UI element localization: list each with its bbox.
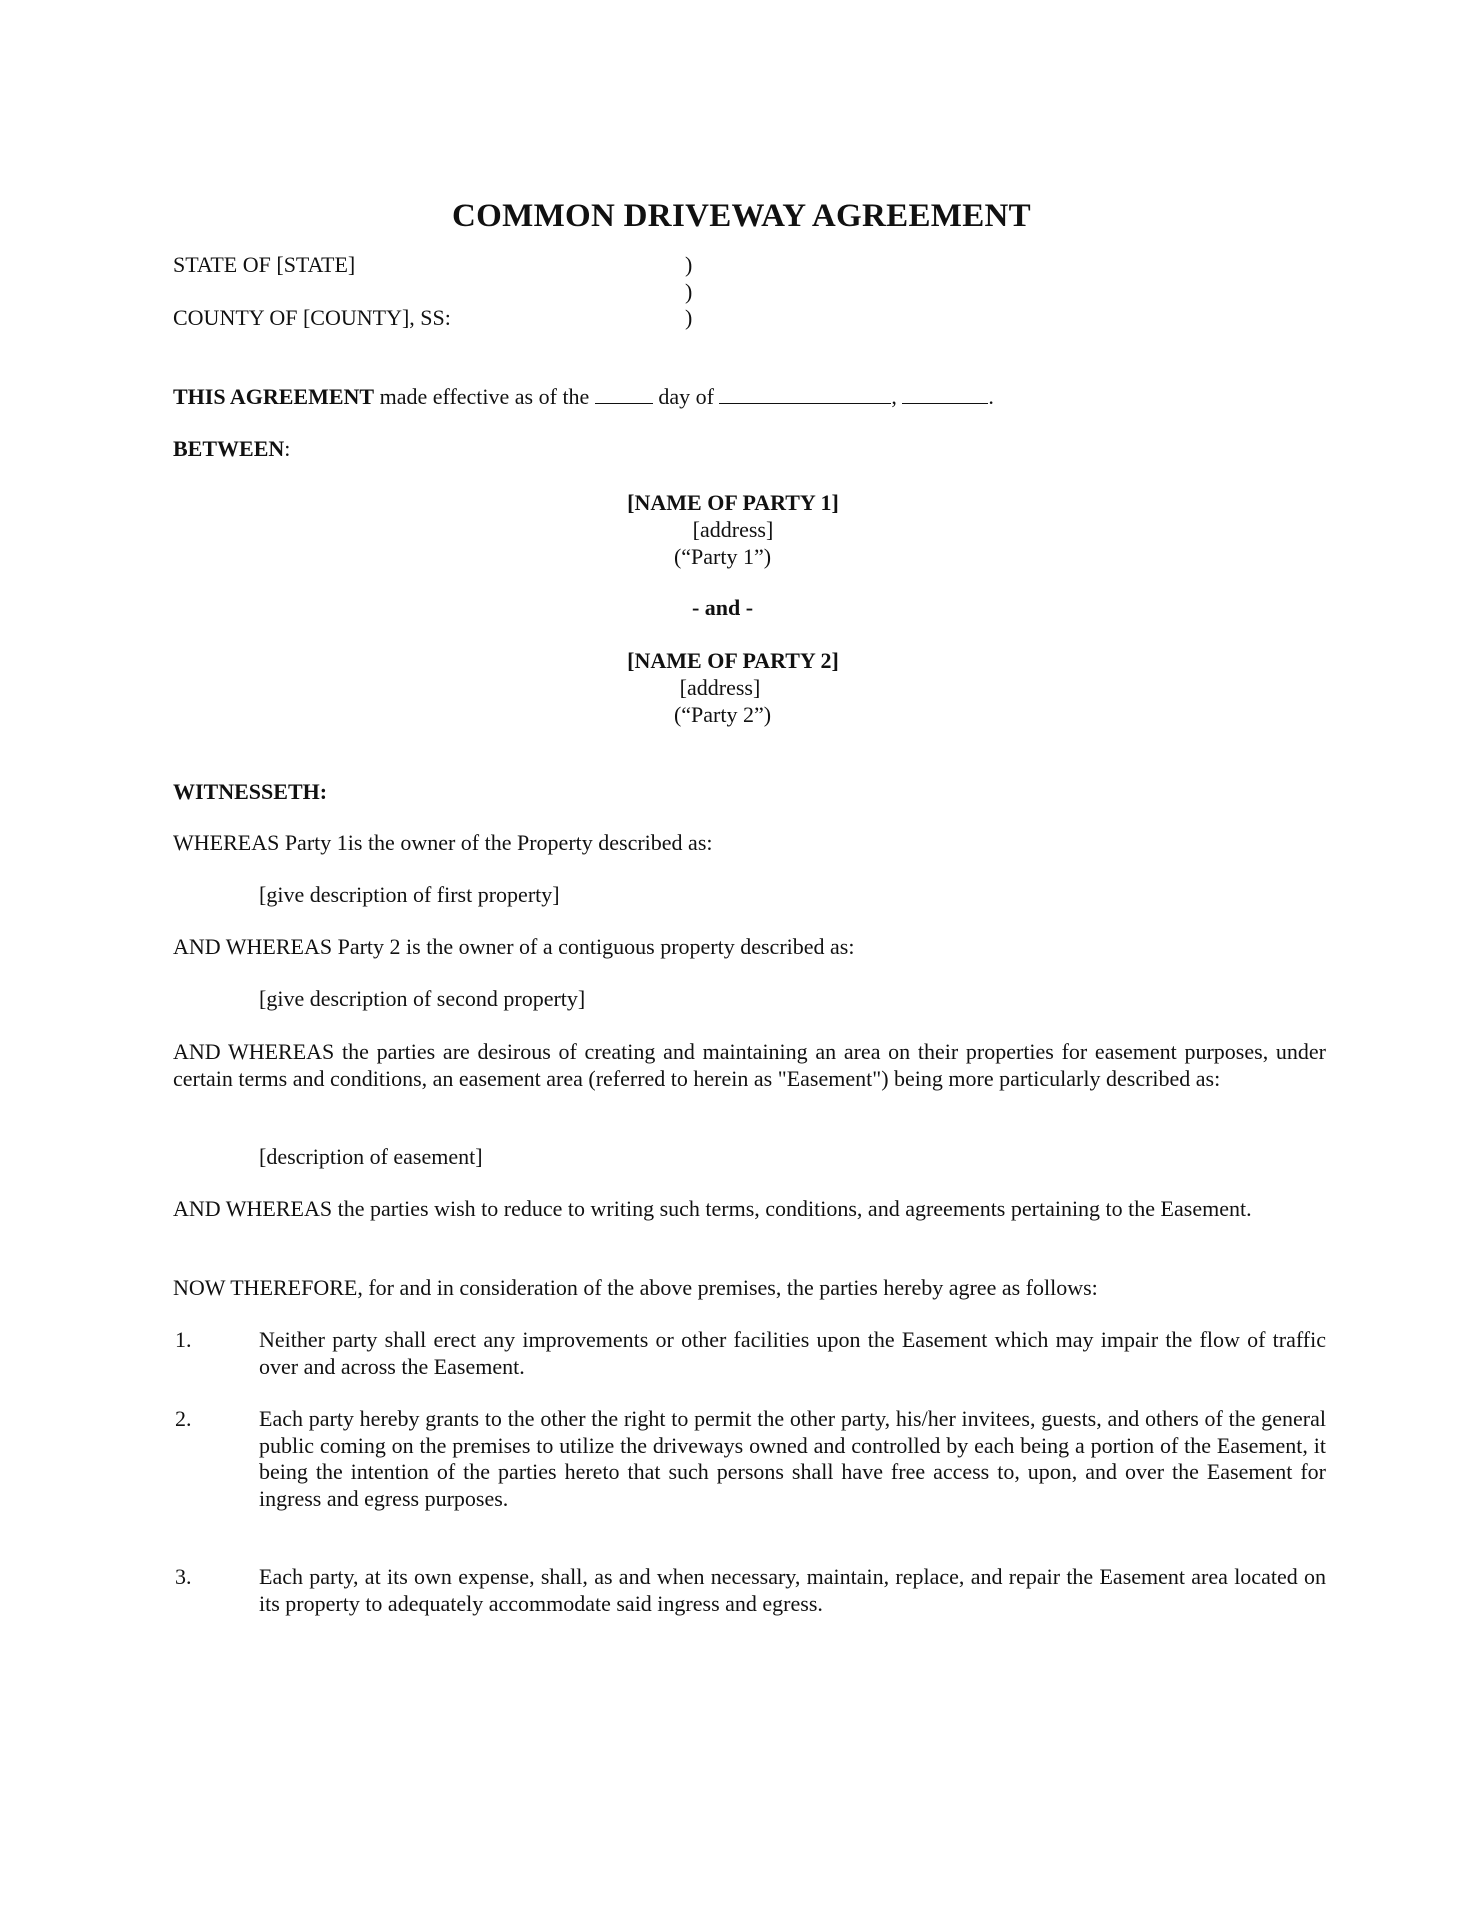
- between-label: BETWEEN: [173, 436, 284, 461]
- day-blank[interactable]: [595, 385, 653, 404]
- recital-3-description: [description of easement]: [259, 1144, 483, 1170]
- clause-number: 3.: [175, 1564, 192, 1591]
- party1-address: [address]: [0, 516, 1466, 543]
- party2-name: [NAME OF PARTY 2]: [0, 647, 1466, 674]
- period: .: [988, 384, 994, 409]
- agreement-lead: THIS AGREEMENT: [173, 384, 374, 409]
- recital-3: AND WHEREAS the parties are desirous of …: [173, 1039, 1326, 1092]
- venue-state: STATE OF [STATE]: [173, 252, 355, 278]
- clause-text: Neither party shall erect any improvemen…: [259, 1327, 1326, 1380]
- party2-address: [address]: [0, 674, 1440, 701]
- now-therefore: NOW THEREFORE, for and in consideration …: [173, 1275, 1098, 1301]
- party1-alias: (“Party 1”): [0, 543, 1445, 570]
- comma: ,: [891, 384, 897, 409]
- recital-1-description: [give description of first property]: [259, 882, 560, 908]
- venue-paren: ): [685, 279, 692, 305]
- effective-text: day of: [653, 384, 720, 409]
- effective-text: made effective as of the: [374, 384, 595, 409]
- clause-number: 1.: [175, 1327, 192, 1354]
- venue-county: COUNTY OF [COUNTY], SS:: [173, 305, 451, 331]
- recital-2-description: [give description of second property]: [259, 986, 585, 1012]
- month-blank[interactable]: [719, 385, 891, 404]
- between-heading: BETWEEN:: [173, 436, 290, 462]
- witnesseth-heading: WITNESSETH:: [173, 779, 327, 805]
- clause-text: Each party, at its own expense, shall, a…: [259, 1564, 1326, 1617]
- recital-2: AND WHEREAS Party 2 is the owner of a co…: [173, 934, 854, 960]
- and-separator: - and -: [0, 594, 1445, 621]
- document-title: COMMON DRIVEWAY AGREEMENT: [0, 198, 1483, 235]
- clause-number: 2.: [175, 1406, 192, 1433]
- recital-4: AND WHEREAS the parties wish to reduce t…: [173, 1196, 1326, 1223]
- year-blank[interactable]: [902, 385, 988, 404]
- recital-1: WHEREAS Party 1is the owner of the Prope…: [173, 830, 713, 856]
- venue-paren: ): [685, 305, 692, 331]
- venue-paren: ): [685, 252, 692, 278]
- party2-alias: (“Party 2”): [0, 701, 1445, 728]
- clause-text: Each party hereby grants to the other th…: [259, 1406, 1326, 1512]
- effective-date-line: THIS AGREEMENT made effective as of the …: [173, 384, 994, 410]
- party1-name: [NAME OF PARTY 1]: [0, 489, 1466, 516]
- between-colon: :: [284, 436, 290, 461]
